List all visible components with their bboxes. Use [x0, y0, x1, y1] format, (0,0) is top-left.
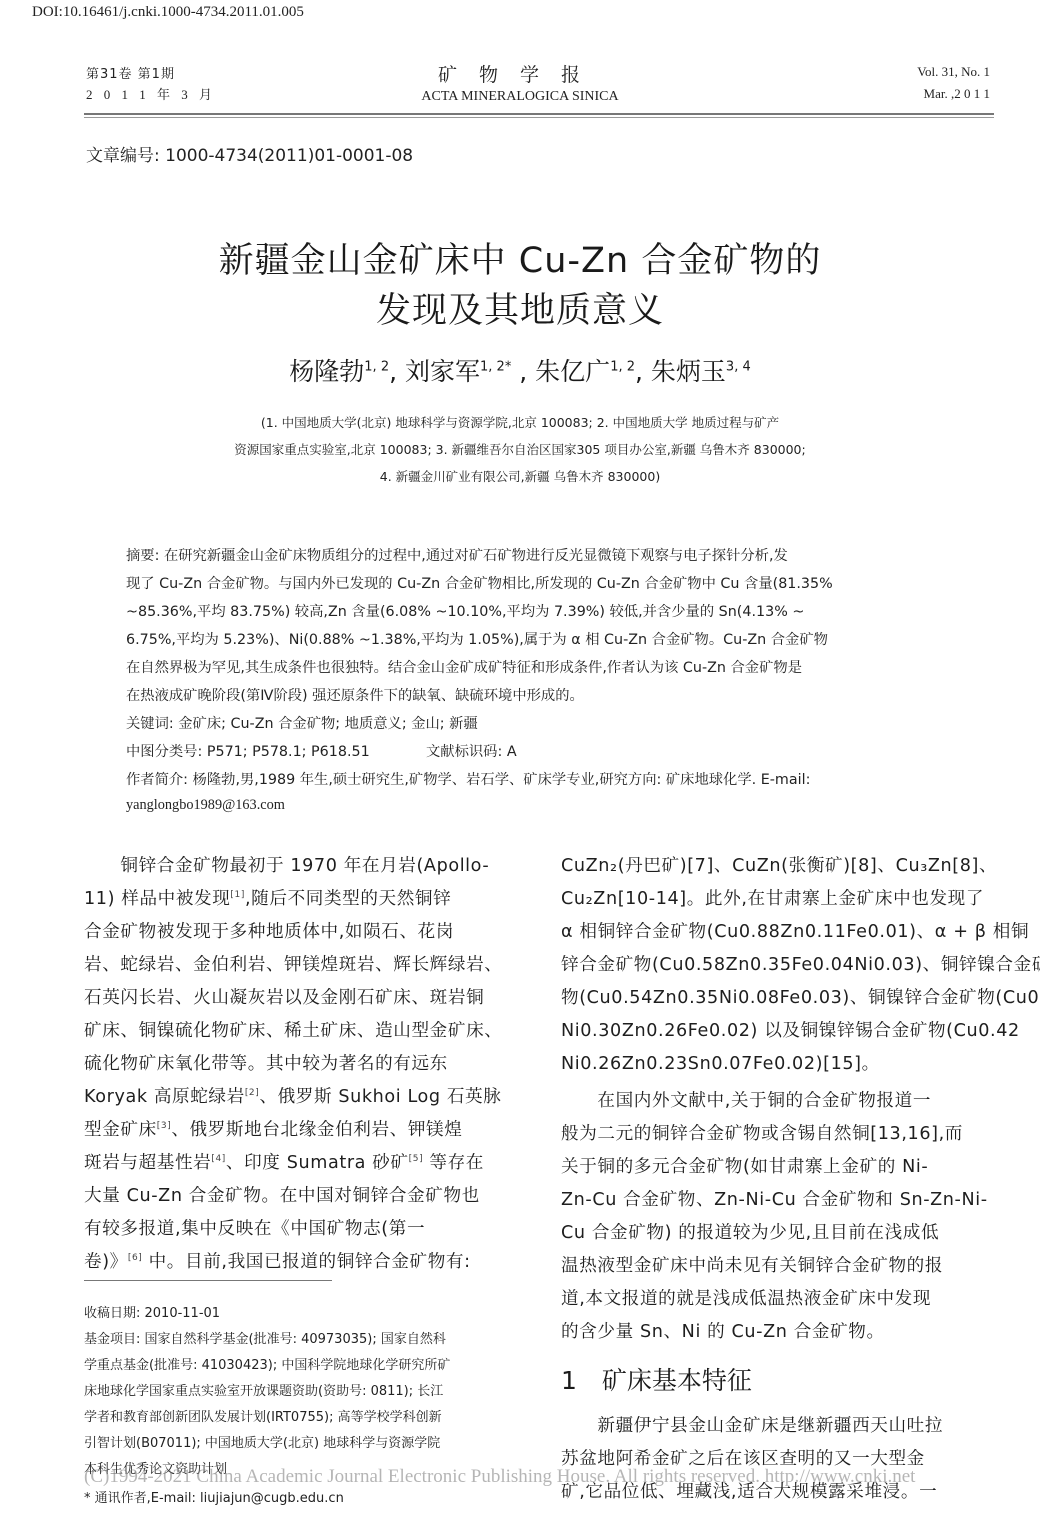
journal-title-cn: 矿物学报 [0, 60, 1040, 87]
body-line: 般为二元的铜锌合金矿物或含锡自然铜[13,16],而 [561, 1120, 963, 1145]
author-affil-sup: 1, 2* [480, 360, 511, 375]
footnote-rule [84, 1280, 332, 1281]
body-line: 铜锌合金矿物最初于 1970 年在月岩(Apollo- [84, 852, 489, 877]
header-rule [84, 113, 994, 115]
author-name: 杨隆勃 [289, 357, 364, 386]
body-line: Zn-Cu 合金矿物、Zn-Ni-Cu 合金矿物和 Sn-Zn-Ni- [561, 1186, 988, 1211]
paper-title-line2: 发现及其地质意义 [0, 283, 1040, 333]
body-line: 在国内外文献中,关于铜的合金矿物报道一 [561, 1087, 931, 1112]
author-name: 朱炳玉 [651, 357, 726, 386]
citation-ref[interactable]: [1] [230, 890, 245, 900]
body-line: 型金矿床[3]、俄罗斯地台北缘金伯利岩、钾镁煌 [84, 1116, 462, 1141]
body-line: 硫化物矿床氧化带等。其中较为著名的有远东 [84, 1050, 448, 1075]
body-line: Cu 合金矿物) 的报道较为少见,且目前在浅成低 [561, 1219, 939, 1244]
body-line: 合金矿物被发现于多种地质体中,如陨石、花岗 [84, 918, 454, 943]
volume-en: Vol. 31, No. 1 [917, 64, 990, 80]
copyright-watermark: (C)1994-2021 China Academic Journal Elec… [84, 1466, 915, 1488]
header-rule-thin [84, 117, 994, 118]
article-number: 文章编号: 1000-4734(2011)01-0001-08 [86, 141, 413, 166]
author-name: 朱亿广 [535, 357, 610, 386]
abstract-line: 在热液成矿晚阶段(第Ⅳ阶段) 强还原条件下的缺氧、缺硫环境中形成的。 [126, 685, 584, 705]
abstract-line: 现了 Cu-Zn 合金矿物。与国内外已发现的 Cu-Zn 合金矿物相比,所发现的… [126, 573, 833, 593]
keywords: 关键词: 金矿床; Cu-Zn 合金矿物; 地质意义; 金山; 新疆 [126, 713, 478, 733]
funding-line: 学者和教育部创新团队发展计划(IRT0755); 高等学校学科创新 [84, 1406, 442, 1425]
body-line: 岩、蛇绿岩、金伯利岩、钾镁煌斑岩、辉长辉绿岩、 [84, 951, 502, 976]
journal-title-en: ACTA MINERALOGICA SINICA [0, 89, 1040, 105]
author-bio: 作者简介: 杨隆勃,男,1989 年生,硕士研究生,矿物学、岩石学、矿床学专业,… [126, 769, 810, 789]
citation-ref[interactable]: [3] [157, 1121, 172, 1131]
body-line: 关于铜的多元合金矿物(如甘肃寨上金矿的 Ni- [561, 1153, 928, 1178]
citation-ref[interactable]: [2] [245, 1088, 260, 1098]
body-line: CuZn₂(丹巴矿)[7]、CuZn(张衡矿)[8]、Cu₃Zn[8]、 [561, 852, 997, 877]
citation-ref[interactable]: [6] [128, 1253, 143, 1263]
citation-ref[interactable]: [5] [409, 1154, 424, 1164]
received-date: 收稿日期: 2010-11-01 [84, 1302, 220, 1321]
body-line: 道,本文报道的就是浅成低温热液金矿床中发现 [561, 1285, 931, 1310]
affiliation-line: (1. 中国地质大学(北京) 地球科学与资源学院,北京 100083; 2. 中… [0, 413, 1040, 431]
paper-title-line1: 新疆金山金矿床中 Cu-Zn 合金矿物的 [0, 233, 1040, 283]
clc-number: 中图分类号: P571; P578.1; P618.51 [126, 741, 370, 761]
author-affil-sup: 1, 2 [364, 360, 389, 375]
document-code: 文献标识码: A [426, 741, 517, 761]
body-line: 大量 Cu-Zn 合金矿物。在中国对铜锌合金矿物也 [84, 1182, 480, 1207]
citation-ref[interactable]: [4] [211, 1154, 226, 1164]
author-name: 刘家军 [405, 357, 480, 386]
body-line: 新疆伊宁县金山金矿床是继新疆西天山吐拉 [561, 1412, 943, 1437]
abstract-line: 摘要: 在研究新疆金山金矿床物质组分的过程中,通过对矿石矿物进行反光显微镜下观察… [126, 545, 788, 565]
body-line: 物(Cu0.54Zn0.35Ni0.08Fe0.03)、铜镍锌合金矿物(Cu0.… [561, 984, 1040, 1009]
funding-line: 床地球化学国家重点实验室开放课题资助(资助号: 0811); 长江 [84, 1380, 443, 1399]
body-line: α 相铜锌合金矿物(Cu0.88Zn0.11Fe0.01)、α + β 相铜 [561, 918, 1029, 943]
abstract-line: 6.75%,平均为 5.23%)、Ni(0.88% ~1.38%,平均为 1.0… [126, 629, 828, 649]
body-line: Ni0.30Zn0.26Fe0.02) 以及铜镍锌锡合金矿物(Cu0.42 [561, 1017, 1020, 1042]
body-line: 11) 样品中被发现[1],随后不同类型的天然铜锌 [84, 885, 451, 910]
author-affil-sup: 3, 4 [726, 360, 751, 375]
section-heading: 1 矿床基本特征 [561, 1361, 752, 1397]
corresponding-author: * 通讯作者,E-mail: liujiajun@cugb.edu.cn [84, 1487, 344, 1506]
funding-line: 引智计划(B07011); 中国地质大学(北京) 地球科学与资源学院 [84, 1432, 440, 1451]
body-line: 卷)》[6] 中。目前,我国已报道的铜锌合金矿物有: [84, 1248, 471, 1273]
body-line: Ni0.26Zn0.23Sn0.07Fe0.02)[15]。 [561, 1050, 880, 1075]
author-list: 杨隆勃1, 2, 刘家军1, 2* , 朱亿广1, 2, 朱炳玉3, 4 [0, 352, 1040, 388]
author-email: yanglongbo1989@163.com [126, 797, 285, 814]
body-line: 矿床、铜镍硫化物矿床、稀土矿床、造山型金矿床、 [84, 1017, 502, 1042]
abstract-line: 在自然界极为罕见,其生成条件也很独特。结合金山金矿成矿特征和形成条件,作者认为该… [126, 657, 802, 677]
author-affil-sup: 1, 2 [610, 360, 635, 375]
funding-line: 基金项目: 国家自然科学基金(批准号: 40973035); 国家自然科 [84, 1328, 446, 1347]
body-line: 石英闪长岩、火山凝灰岩以及金刚石矿床、斑岩铜 [84, 984, 484, 1009]
body-line: 锌合金矿物(Cu0.58Zn0.35Fe0.04Ni0.03)、铜锌镍合金矿 [561, 951, 1040, 976]
body-line: 斑岩与超基性岩[4]、印度 Sumatra 砂矿[5] 等存在 [84, 1149, 484, 1174]
body-line: 温热液型金矿床中尚未见有关铜锌合金矿物的报 [561, 1252, 943, 1277]
affiliation-line: 4. 新疆金川矿业有限公司,新疆 乌鲁木齐 830000) [0, 467, 1040, 485]
funding-line: 学重点基金(批准号: 41030423); 中国科学院地球化学研究所矿 [84, 1354, 450, 1373]
doi-label: DOI:10.16461/j.cnki.1000-4734.2011.01.00… [32, 4, 304, 21]
issue-date-en: Mar. ,2 0 1 1 [924, 86, 990, 102]
body-line: 有较多报道,集中反映在《中国矿物志(第一 [84, 1215, 425, 1240]
body-line: 的含少量 Sn、Ni 的 Cu-Zn 合金矿物。 [561, 1318, 885, 1343]
body-line: Cu₂Zn[10-14]。此外,在甘肃寨上金矿床中也发现了 [561, 885, 984, 910]
affiliation-line: 资源国家重点实验室,北京 100083; 3. 新疆维吾尔自治区国家305 项目… [0, 440, 1040, 458]
abstract-line: ~85.36%,平均 83.75%) 较高,Zn 含量(6.08% ~10.10… [126, 601, 804, 621]
body-line: Koryak 高原蛇绿岩[2]、俄罗斯 Sukhoi Log 石英脉 [84, 1083, 501, 1108]
